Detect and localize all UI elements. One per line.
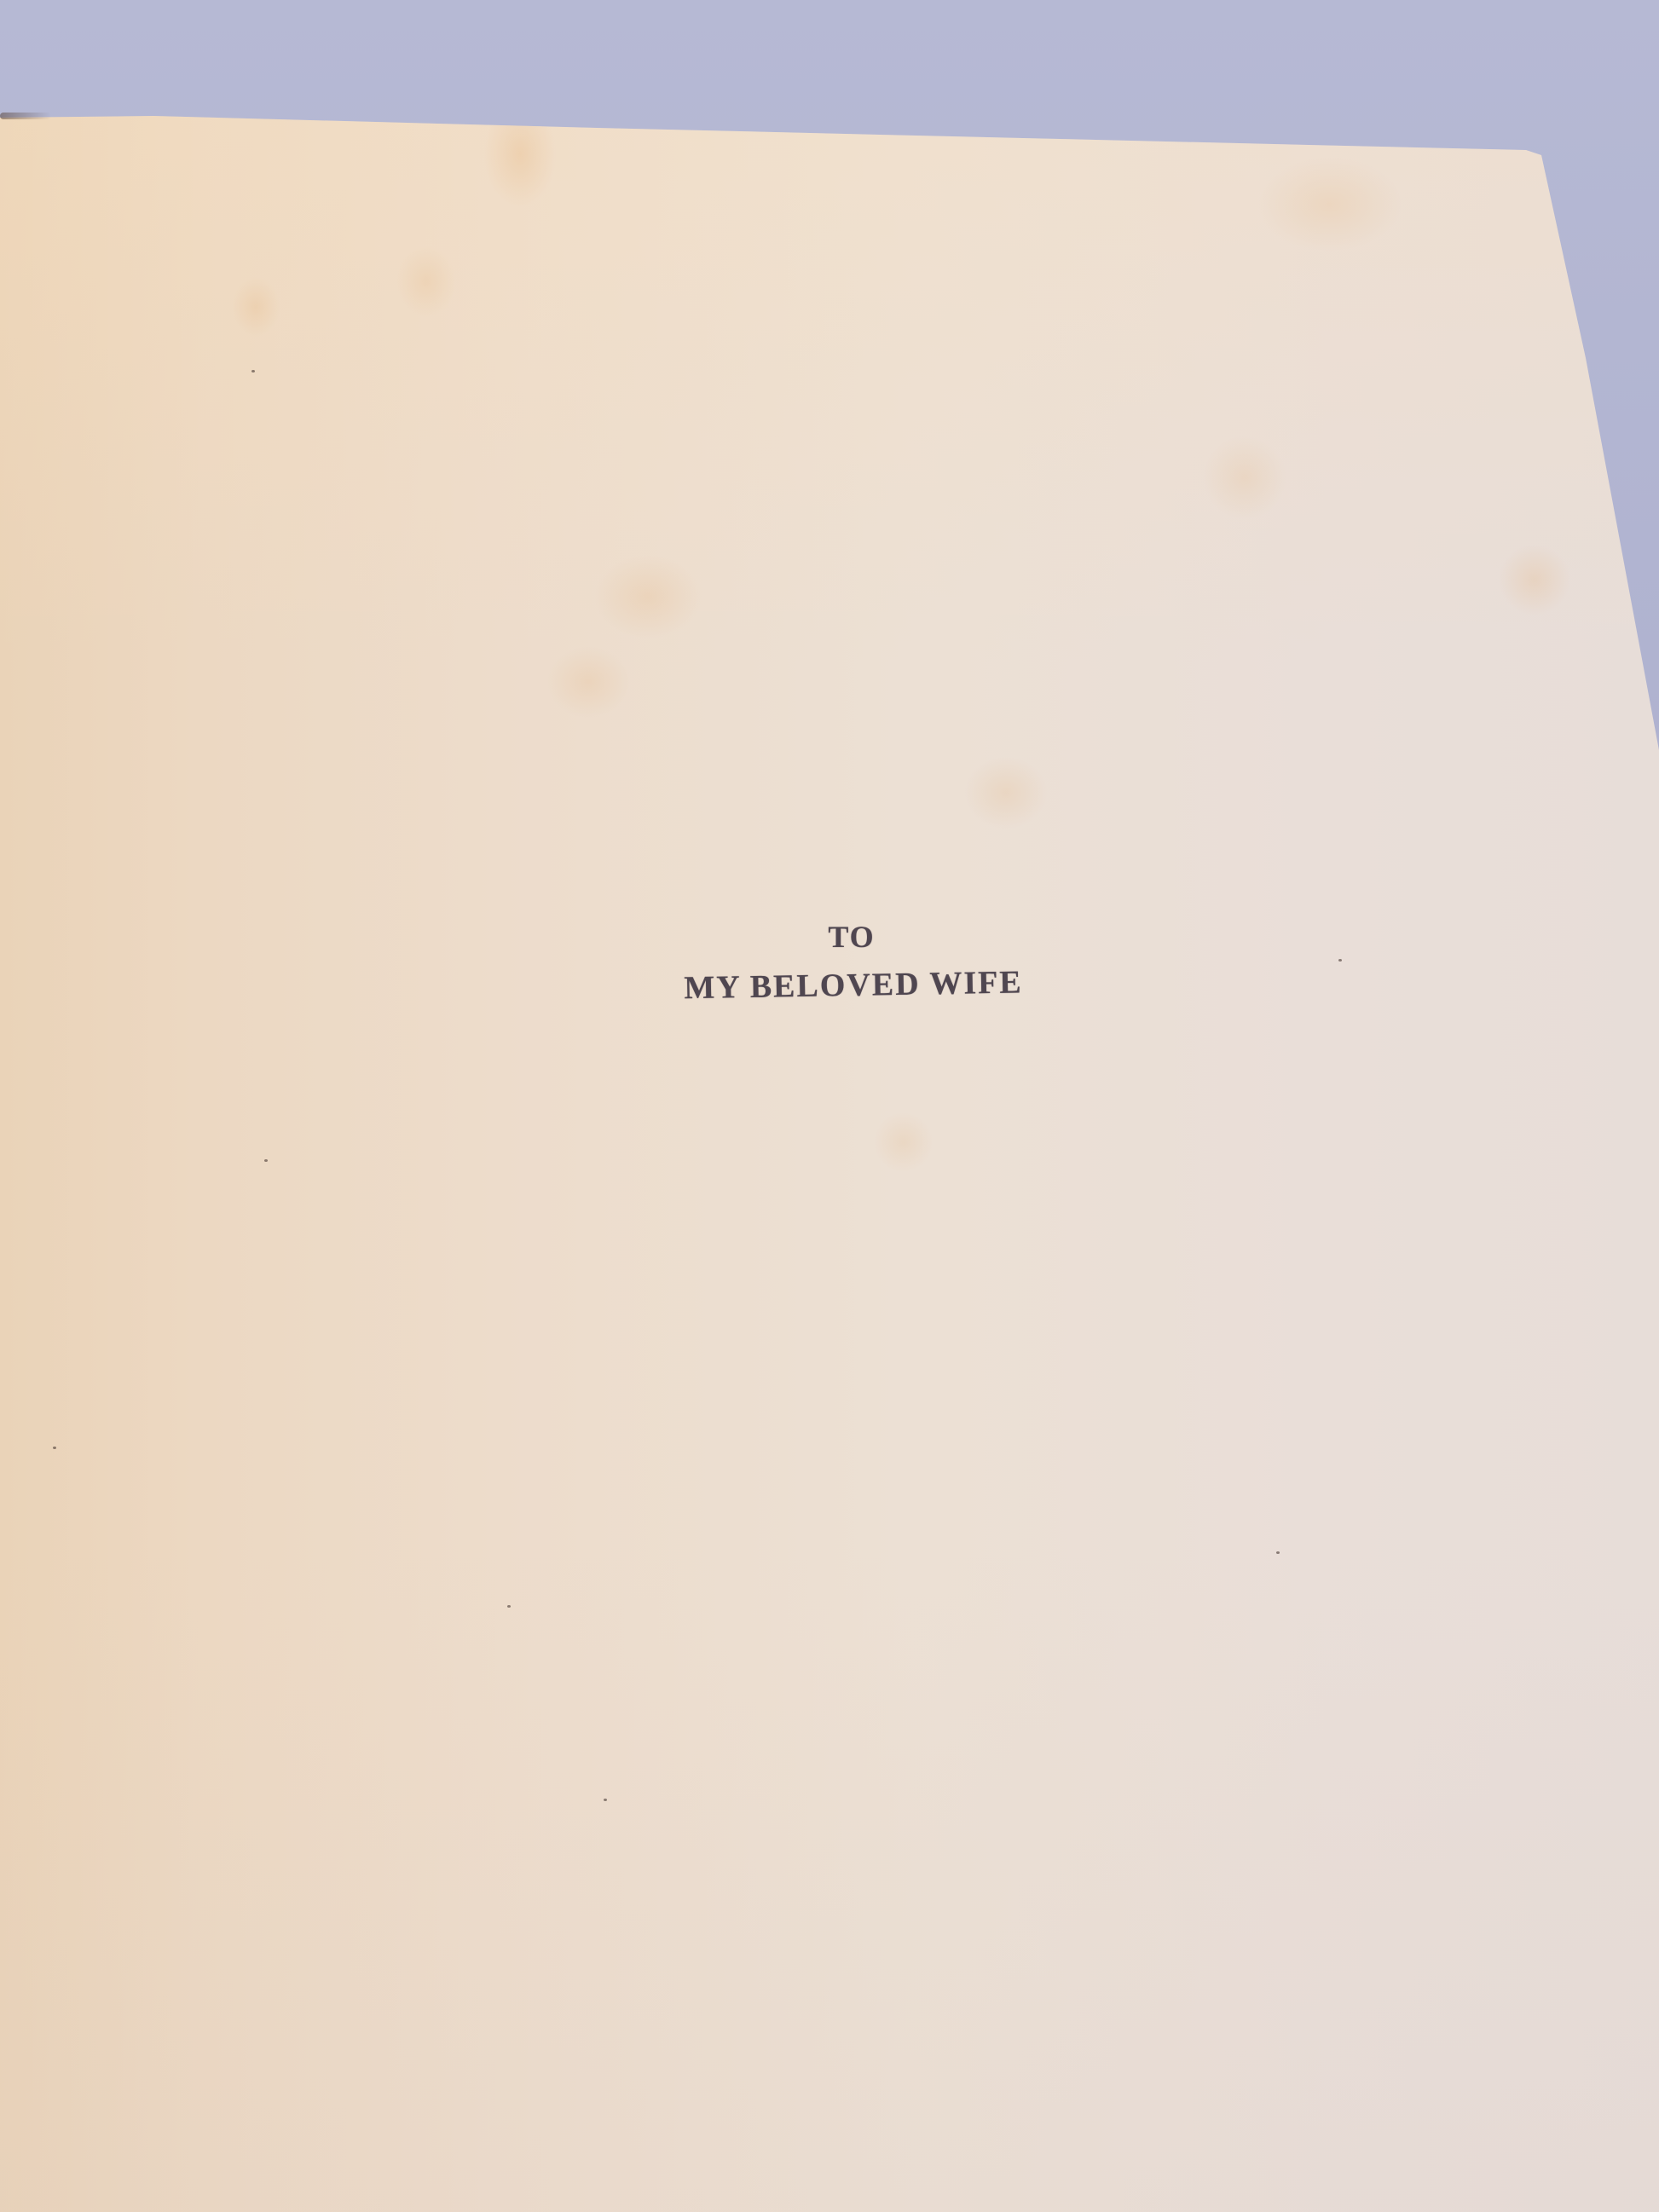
paper-speck — [264, 1159, 268, 1162]
dedication-line-beloved-wife: MY BELOVED WIFE — [24, 952, 1659, 1019]
book-page: TO MY BELOVED WIFE — [0, 0, 1659, 2212]
paper-speck — [1276, 1551, 1280, 1554]
paper-speck — [604, 1799, 607, 1801]
paper-speck — [251, 370, 255, 373]
page-shading — [0, 0, 1659, 2212]
paper-speck — [53, 1447, 56, 1449]
book-cover-edge — [0, 113, 51, 119]
paper-speck — [507, 1605, 511, 1608]
dedication-line-to: TO — [22, 919, 1659, 955]
